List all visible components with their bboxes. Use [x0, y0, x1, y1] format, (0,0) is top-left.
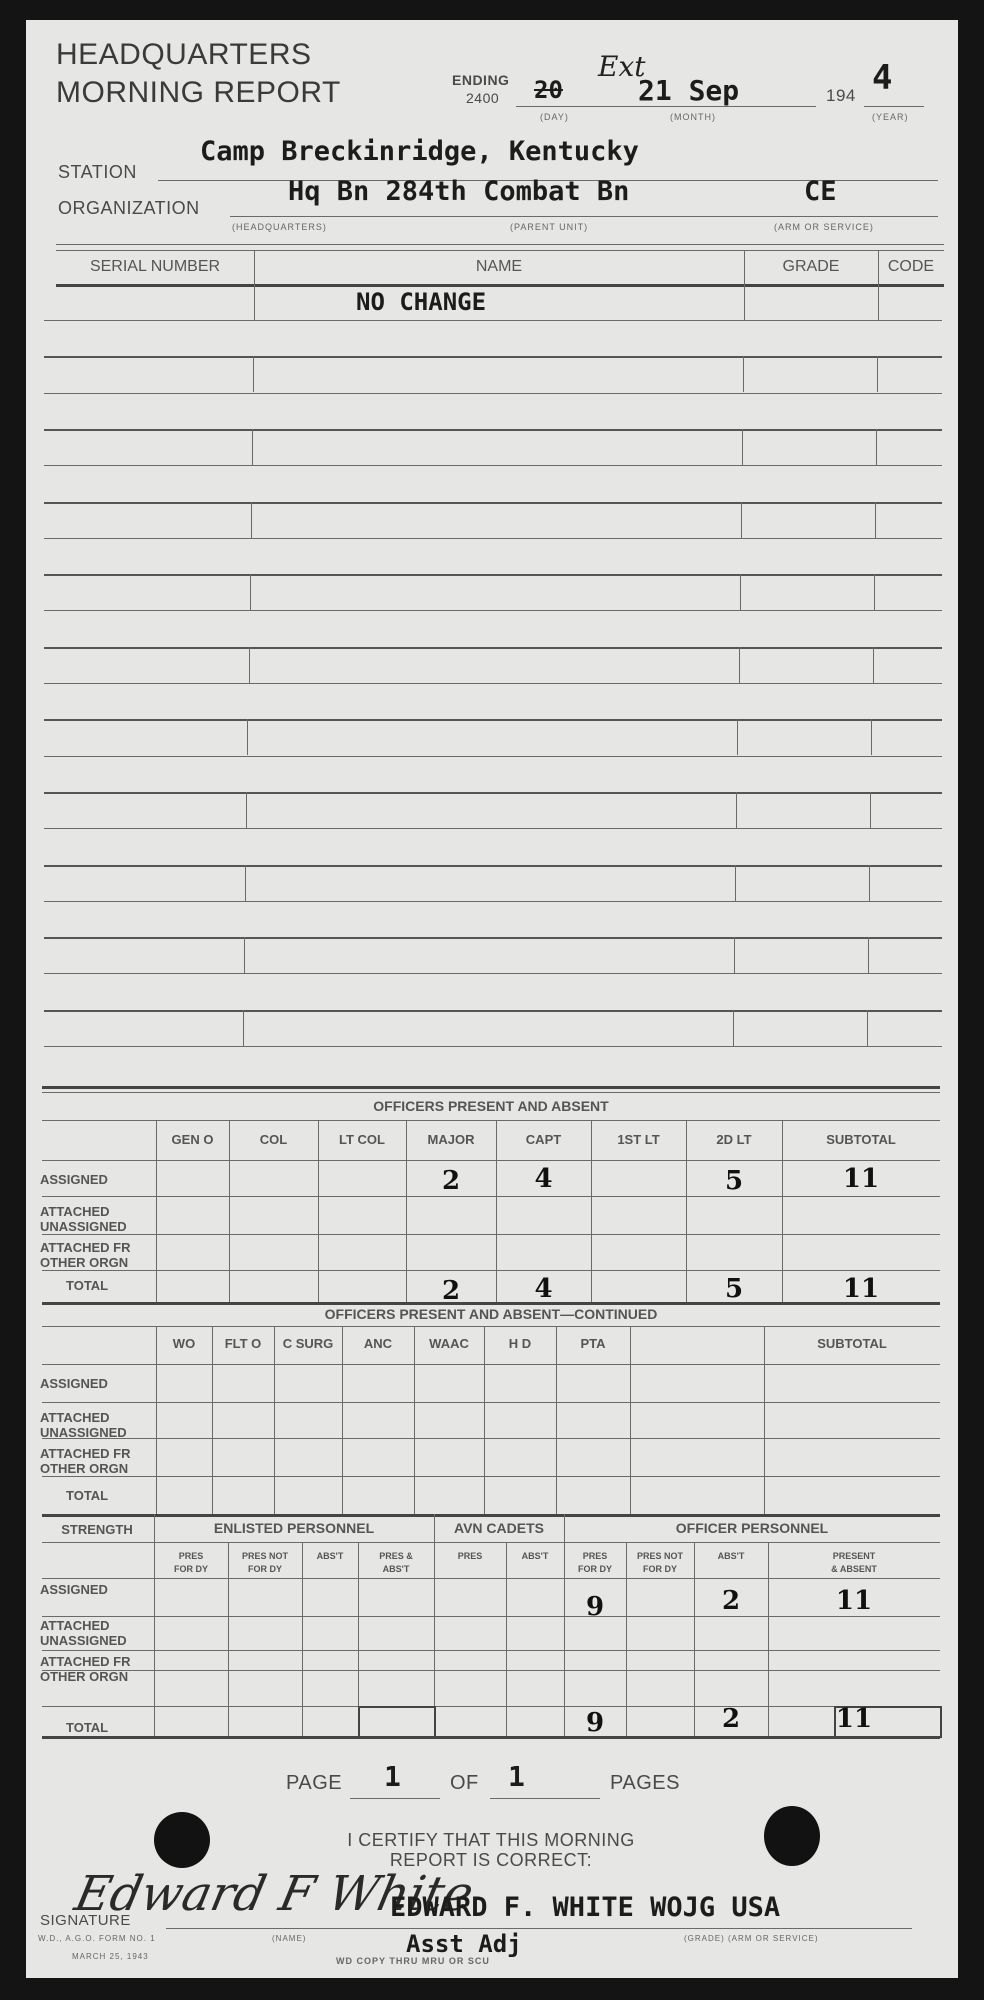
- total-capt: 4: [496, 1274, 591, 1304]
- entry-row-rule: [44, 828, 942, 829]
- entries-header-rule: [56, 284, 944, 287]
- organization-label: ORGANIZATION: [58, 198, 200, 219]
- group-avn-cadets: AVN CADETS: [434, 1520, 564, 1536]
- entry-column-divider: [869, 865, 870, 901]
- ending-time: 2400: [466, 90, 499, 106]
- grid-row-rule: [42, 1670, 940, 1671]
- entry-row-rule: [44, 429, 942, 431]
- assigned-off-present-absent: 11: [768, 1586, 940, 1616]
- name-caption: (NAME): [272, 1934, 306, 1943]
- column-header: WAAC: [414, 1336, 484, 1351]
- grid-column-divider: [318, 1120, 319, 1302]
- grid-column-divider: [212, 1326, 213, 1514]
- entry-column-divider: [741, 502, 742, 538]
- form-title-line1: HEADQUARTERS: [56, 38, 312, 72]
- assigned-major: 2: [406, 1166, 496, 1196]
- header-code: CODE: [878, 258, 944, 276]
- year-underline: [864, 106, 924, 107]
- row-label: ATTACHED UNASSIGNED: [40, 1204, 127, 1234]
- entries-top-rule: [56, 244, 944, 245]
- struck-day: 20: [534, 76, 563, 104]
- column-header: 1ST LT: [591, 1132, 686, 1147]
- organization-underline: [230, 216, 938, 217]
- certify-line1: I CERTIFY THAT THIS MORNING: [42, 1830, 940, 1851]
- entry-column-divider: [739, 647, 740, 683]
- grid-column-divider: [342, 1326, 343, 1514]
- entry-row-rule: [44, 1010, 942, 1012]
- grid-column-divider: [591, 1120, 592, 1302]
- column-header: ANC: [342, 1336, 414, 1351]
- grid-column-divider: [506, 1542, 507, 1736]
- column-header: COL: [229, 1132, 318, 1147]
- row-label: TOTAL: [66, 1278, 108, 1293]
- strength-label: STRENGTH: [40, 1522, 154, 1537]
- entry-column-divider: [873, 647, 874, 683]
- entry-column-divider: [870, 792, 871, 828]
- row-label: ASSIGNED: [40, 1172, 108, 1187]
- grid-column-divider: [302, 1542, 303, 1736]
- column-header: C SURG: [274, 1336, 342, 1351]
- pages-underline: [490, 1798, 600, 1799]
- header-name: NAME: [254, 258, 744, 276]
- subcolumn-header: ABS'T: [506, 1550, 564, 1563]
- boxed-cell-enlisted-total: [358, 1706, 436, 1738]
- entry-row-rule: [44, 610, 942, 611]
- grid-column-divider: [229, 1120, 230, 1302]
- total-off-abst: 2: [694, 1704, 768, 1734]
- entry-row-rule: [44, 792, 942, 794]
- grid-column-divider: [406, 1120, 407, 1302]
- total-subtotal: 11: [782, 1274, 940, 1304]
- entry-row-rule: [44, 502, 942, 504]
- parent-caption: (PARENT UNIT): [510, 222, 588, 232]
- column-header: PTA: [556, 1336, 630, 1351]
- assigned-off-abst: 2: [694, 1586, 768, 1616]
- subcolumn-header: PRES NOT FOR DY: [228, 1550, 302, 1576]
- grid-row-rule: [42, 1650, 940, 1651]
- column-header: CAPT: [496, 1132, 591, 1147]
- grid-column-divider: [764, 1326, 765, 1514]
- entry-column-divider: [736, 792, 737, 828]
- officers-continued-title: OFFICERS PRESENT AND ABSENT—CONTINUED: [42, 1306, 940, 1322]
- year-value: 4: [872, 58, 892, 98]
- entry-column-divider: [874, 574, 875, 610]
- subcolumn-header: PRES FOR DY: [154, 1550, 228, 1576]
- grid-row-rule: [42, 1616, 940, 1617]
- page-label: PAGE: [286, 1772, 342, 1795]
- column-header: FLT O: [212, 1336, 274, 1351]
- date-underline: [516, 106, 816, 107]
- column-header: MAJOR: [406, 1132, 496, 1147]
- entry-column-divider: [244, 937, 245, 973]
- grid-row-rule: [42, 1438, 940, 1439]
- grid-row-rule: [42, 1364, 940, 1365]
- entry-column-divider: [243, 1010, 244, 1046]
- entry-column-divider: [737, 719, 738, 755]
- pages-label: PAGES: [610, 1772, 680, 1795]
- header-serial-number: SERIAL NUMBER: [56, 258, 254, 276]
- column-header: H D: [484, 1336, 556, 1351]
- year-caption: (YEAR): [872, 112, 909, 122]
- entry-column-divider: [246, 792, 247, 828]
- group-divider: [154, 1514, 155, 1736]
- entry-column-divider: [251, 502, 252, 538]
- entry-column-divider: [743, 356, 744, 392]
- column-header: WO: [156, 1336, 212, 1351]
- entry-column-divider: [744, 250, 745, 320]
- entry-row-rule: [44, 719, 942, 721]
- entry-row-rule: [44, 393, 942, 394]
- page-total: 1: [508, 1760, 525, 1793]
- entry-column-divider: [254, 250, 255, 320]
- subcolumn-header: PRESENT & ABSENT: [768, 1550, 940, 1576]
- grade-caption: (GRADE) (ARM OR SERVICE): [684, 1934, 819, 1943]
- entry-column-divider: [735, 865, 736, 901]
- column-header: SUBTOTAL: [782, 1132, 940, 1147]
- grid-row-rule: [42, 1514, 940, 1517]
- form-date: MARCH 25, 1943: [72, 1952, 149, 1961]
- entry-row-rule: [44, 538, 942, 539]
- row-label: TOTAL: [66, 1720, 108, 1735]
- row-label: ASSIGNED: [40, 1376, 108, 1391]
- assigned-2d-lt: 5: [686, 1166, 782, 1196]
- total-off-present-absent: 11: [768, 1704, 940, 1734]
- report-date: 21 Sep: [638, 74, 739, 107]
- entry-column-divider: [247, 719, 248, 755]
- entry-column-divider: [734, 937, 735, 973]
- grid-row-rule: [42, 1120, 940, 1121]
- grid-row-rule: [42, 1476, 940, 1477]
- total-2d-lt: 5: [686, 1274, 782, 1304]
- subcolumn-header: ABS'T: [302, 1550, 358, 1563]
- ending-label: ENDING: [452, 72, 509, 88]
- year-prefix: 194: [826, 86, 856, 106]
- form-title-line2: MORNING REPORT: [56, 76, 341, 110]
- entries-top-rule-2: [56, 250, 944, 251]
- entry-column-divider: [871, 719, 872, 755]
- grid-row-rule: [42, 1270, 940, 1271]
- entry-no-change: NO CHANGE: [356, 288, 486, 316]
- entry-column-divider: [252, 429, 253, 465]
- entry-row-rule: [44, 865, 942, 867]
- entry-column-divider: [876, 429, 877, 465]
- entry-row-rule: [44, 465, 942, 466]
- subcolumn-header: ABS'T: [694, 1550, 768, 1563]
- subcolumn-header: PRES FOR DY: [564, 1550, 626, 1576]
- grid-column-divider: [156, 1120, 157, 1302]
- header-grade: GRADE: [744, 258, 878, 276]
- subcolumn-header: PRES: [434, 1550, 506, 1563]
- total-major: 2: [406, 1276, 496, 1306]
- row-label: ATTACHED UNASSIGNED: [40, 1410, 127, 1440]
- grid-row-rule: [42, 1736, 940, 1739]
- signer-title: Asst Adj: [406, 1930, 522, 1958]
- hq-caption: (HEADQUARTERS): [232, 222, 327, 232]
- officers-title: OFFICERS PRESENT AND ABSENT: [42, 1098, 940, 1114]
- grid-row-rule: [42, 1542, 940, 1543]
- page-underline: [350, 1798, 440, 1799]
- column-header: SUBTOTAL: [764, 1336, 940, 1351]
- group-divider: [564, 1514, 565, 1736]
- grid-column-divider: [156, 1326, 157, 1514]
- grid-row-rule: [42, 1578, 940, 1579]
- entry-column-divider: [877, 356, 878, 392]
- grid-row-rule: [42, 1234, 940, 1235]
- entry-row-rule: [44, 320, 942, 321]
- entry-column-divider: [742, 429, 743, 465]
- subcolumn-header: PRES NOT FOR DY: [626, 1550, 694, 1576]
- grid-column-divider: [484, 1326, 485, 1514]
- grid-row-rule: [42, 1196, 940, 1197]
- subcolumn-header: PRES & ABS'T: [358, 1550, 434, 1576]
- entry-column-divider: [875, 502, 876, 538]
- entry-column-divider: [253, 356, 254, 392]
- entry-row-rule: [44, 356, 942, 358]
- grid-column-divider: [630, 1326, 631, 1514]
- signer-typed-name: EDWARD F. WHITE WOJG USA: [390, 1892, 780, 1923]
- grid-column-divider: [414, 1326, 415, 1514]
- grid-row-rule: [42, 1160, 940, 1161]
- station-value: Camp Breckinridge, Kentucky: [200, 136, 639, 167]
- officers-top-rule-2: [42, 1092, 940, 1093]
- grid-column-divider: [274, 1326, 275, 1514]
- row-label: TOTAL: [66, 1488, 108, 1503]
- entry-row-rule: [44, 973, 942, 974]
- entry-column-divider: [878, 250, 879, 320]
- entry-row-rule: [44, 683, 942, 684]
- assigned-capt: 4: [496, 1164, 591, 1194]
- entry-row-rule: [44, 901, 942, 902]
- arm-caption: (ARM OR SERVICE): [774, 222, 874, 232]
- row-label: ATTACHED UNASSIGNED: [40, 1618, 127, 1648]
- entry-row-rule: [44, 647, 942, 649]
- group-officer: OFFICER PERSONNEL: [564, 1520, 940, 1536]
- total-off-pres-for-dy: 9: [564, 1708, 626, 1738]
- entry-row-rule: [44, 937, 942, 939]
- station-label: STATION: [58, 162, 137, 183]
- of-label: OF: [450, 1772, 479, 1795]
- entry-column-divider: [733, 1010, 734, 1046]
- row-label: ASSIGNED: [40, 1582, 108, 1597]
- wd-copy-note: WD COPY THRU MRU OR SCU: [336, 1956, 490, 1966]
- entry-row-rule: [44, 574, 942, 576]
- form-number: W.D., A.G.O. FORM NO. 1: [38, 1934, 156, 1943]
- arm-value: CE: [804, 176, 837, 207]
- assigned-subtotal: 11: [782, 1164, 940, 1194]
- group-divider: [434, 1514, 435, 1736]
- signature-underline: [166, 1928, 912, 1929]
- officers-top-rule: [42, 1086, 940, 1089]
- grid-column-divider: [556, 1326, 557, 1514]
- row-label: ATTACHED FR OTHER ORGN: [40, 1654, 131, 1684]
- column-header: GEN O: [156, 1132, 229, 1147]
- group-enlisted: ENLISTED PERSONNEL: [154, 1520, 434, 1536]
- entry-row-rule: [44, 1046, 942, 1047]
- entry-column-divider: [250, 574, 251, 610]
- entry-column-divider: [868, 937, 869, 973]
- grid-row-rule: [42, 1402, 940, 1403]
- row-label: ATTACHED FR OTHER ORGN: [40, 1240, 131, 1270]
- morning-report-form: HEADQUARTERS MORNING REPORT ENDING 2400 …: [26, 20, 958, 1978]
- column-header: 2D LT: [686, 1132, 782, 1147]
- row-label: ATTACHED FR OTHER ORGN: [40, 1446, 131, 1476]
- organization-value: Hq Bn 284th Combat Bn: [288, 176, 629, 207]
- assigned-off-pres-for-dy: 9: [564, 1592, 626, 1622]
- entry-column-divider: [245, 865, 246, 901]
- day-caption: (DAY): [540, 112, 569, 122]
- entry-row-rule: [44, 756, 942, 757]
- entry-column-divider: [740, 574, 741, 610]
- entry-column-divider: [867, 1010, 868, 1046]
- month-caption: (MONTH): [670, 112, 716, 122]
- grid-row-rule: [42, 1326, 940, 1327]
- column-header: LT COL: [318, 1132, 406, 1147]
- page-number: 1: [384, 1760, 401, 1793]
- entry-column-divider: [249, 647, 250, 683]
